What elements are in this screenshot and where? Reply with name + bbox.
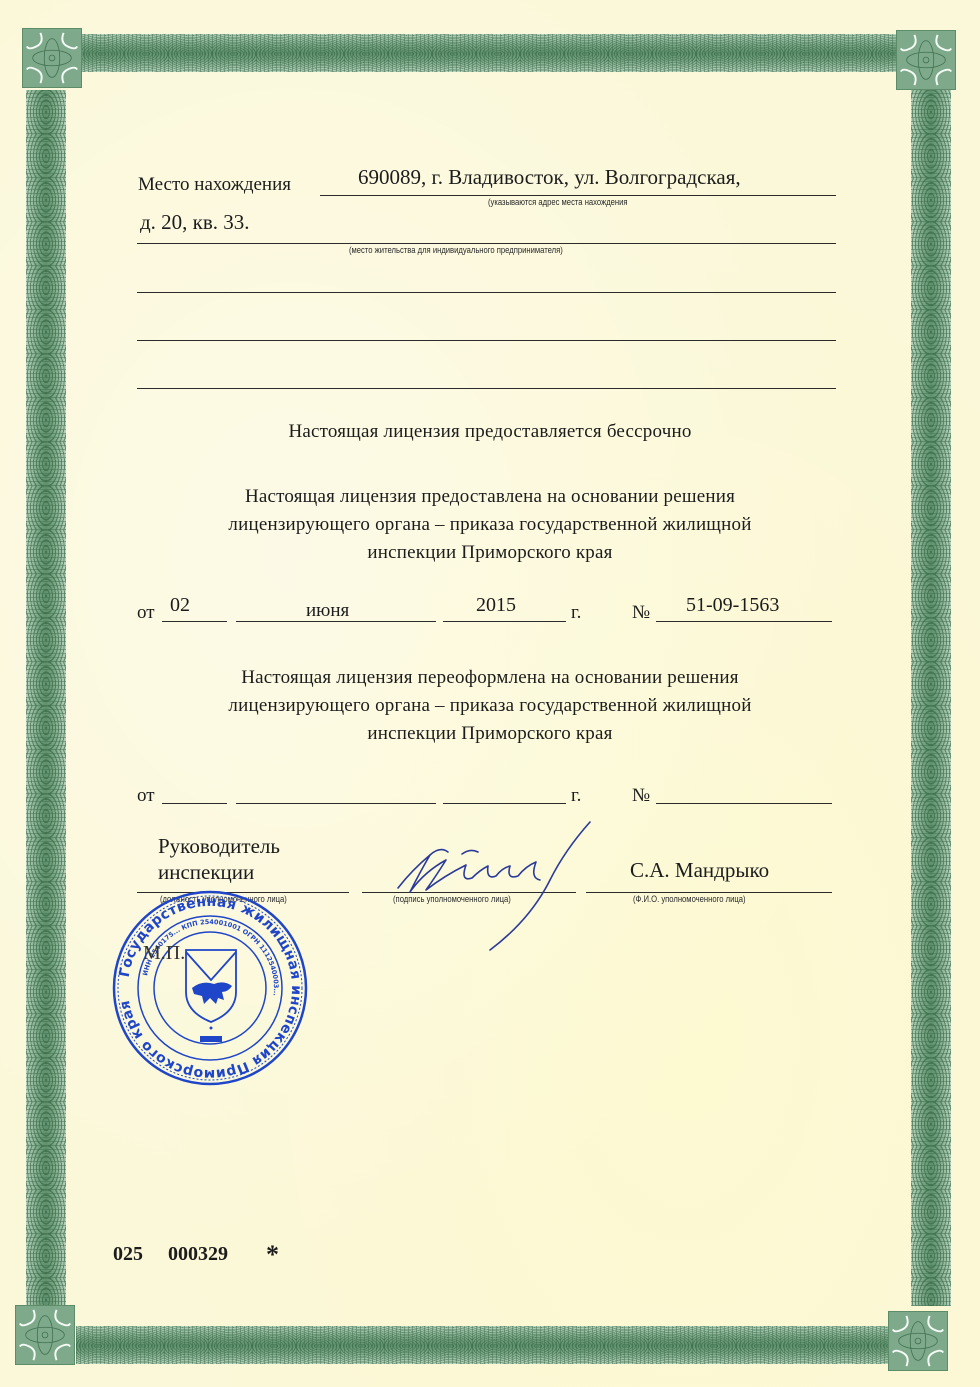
corner-ornament-top-right xyxy=(896,30,956,90)
granted-line-1: Настоящая лицензия предоставлена на осно… xyxy=(140,483,840,511)
serial-series: 025 xyxy=(113,1243,143,1266)
reissued-line-2: лицензирующего органа – приказа государс… xyxy=(140,692,840,720)
official-stamp-icon: Государственная жилищная инспекция Примо… xyxy=(110,888,310,1088)
address-line-1: 690089, г. Владивосток, ул. Волгоградска… xyxy=(358,165,741,190)
address-line-2: д. 20, кв. 33. xyxy=(140,210,250,235)
signatory-position-line-2: инспекции xyxy=(158,860,254,885)
reissued-number-rule xyxy=(656,803,832,804)
blank-line-2 xyxy=(137,340,836,341)
granted-statement: Настоящая лицензия предоставлена на осно… xyxy=(140,483,840,567)
granted-number-rule xyxy=(656,621,832,622)
signature-icon xyxy=(390,810,610,955)
reissued-statement: Настоящая лицензия переоформлена на осно… xyxy=(140,664,840,748)
granted-line-3: инспекции Приморского края xyxy=(140,539,840,567)
bottom-border xyxy=(76,1326,902,1364)
right-border xyxy=(911,90,951,1306)
residence-caption: (место жительства для индивидуального пр… xyxy=(349,245,563,255)
blank-line-1 xyxy=(137,292,836,293)
name-caption: (Ф.И.О. уполномоченного лица) xyxy=(633,894,746,904)
left-border xyxy=(26,90,66,1306)
reissued-line-3: инспекции Приморского края xyxy=(140,720,840,748)
granted-number-label: № xyxy=(632,602,650,624)
granted-day-rule xyxy=(162,621,227,622)
granted-day: 02 xyxy=(170,594,190,617)
reissued-year-rule xyxy=(443,803,566,804)
reissued-month-rule xyxy=(236,803,436,804)
signatory-name: С.А. Мандрыко xyxy=(630,858,769,883)
granted-month: июня xyxy=(306,600,349,622)
address-line-1-rule xyxy=(320,195,836,196)
granted-from-label: от xyxy=(137,602,155,624)
term-statement: Настоящая лицензия предоставляется бесср… xyxy=(140,418,840,446)
reissued-number-label: № xyxy=(632,785,650,807)
granted-year: 2015 xyxy=(476,594,516,617)
reissued-line-1: Настоящая лицензия переоформлена на осно… xyxy=(140,664,840,692)
reissued-from-label: от xyxy=(137,785,155,807)
signatory-position-line-1: Руководитель xyxy=(158,834,280,859)
blank-line-3 xyxy=(137,388,836,389)
address-caption: (указываются адрес места нахождения xyxy=(488,197,628,207)
granted-year-rule xyxy=(443,621,566,622)
granted-line-2: лицензирующего органа – приказа государс… xyxy=(140,511,840,539)
reissued-day-rule xyxy=(162,803,227,804)
serial-mark: * xyxy=(266,1240,279,1270)
location-label: Место нахождения xyxy=(138,174,291,196)
address-line-2-rule xyxy=(137,243,836,244)
name-rule xyxy=(586,892,832,893)
granted-year-suffix: г. xyxy=(571,602,581,624)
corner-ornament-bottom-left xyxy=(15,1305,75,1365)
reissued-year-suffix: г. xyxy=(571,785,581,807)
corner-ornament-bottom-right xyxy=(888,1311,948,1371)
seal-label: М.П. xyxy=(143,942,185,965)
top-border xyxy=(80,34,902,72)
granted-number: 51-09-1563 xyxy=(686,594,779,617)
serial-number: 000329 xyxy=(168,1243,228,1266)
corner-ornament-top-left xyxy=(22,28,82,88)
